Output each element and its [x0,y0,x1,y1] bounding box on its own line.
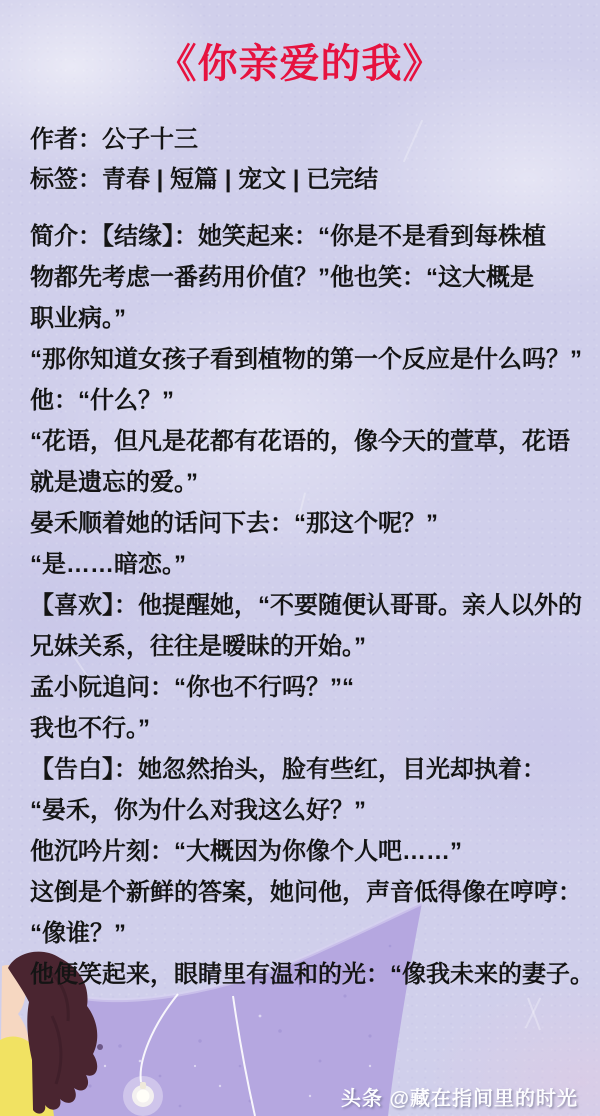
book-meta: 作者：公子十三 标签：青春 | 短篇 | 宠文 | 已完结 [30,120,378,200]
synopsis-line: 他便笑起来，眼睛里有温和的光：“像我未来的妻子。 [30,954,600,995]
synopsis-line: 晏禾顺着她的话问下去：“那这个呢？” [30,503,600,544]
watermark: 头条 @藏在指间里的时光 [341,1082,578,1111]
synopsis-line: 简介：【结缘】：她笑起来：“你是不是看到每株植 [30,216,600,257]
moon-decoration-dot [97,1044,103,1050]
synopsis-line: 【喜欢】：他提醒她，“不要随便认哥哥。亲人以外的 [30,585,600,626]
paper-texture-streak [403,120,424,163]
synopsis-line: “是……暗恋。” [30,544,600,585]
synopsis-line: 【告白】：她忽然抬头，脸有些红，目光却执着： [30,749,600,790]
synopsis-line: 兄妹关系，往往是暧昧的开始。” [30,626,600,667]
synopsis-line: “像谁？” [30,913,600,954]
synopsis-line: 这倒是个新鲜的答案，她问他，声音低得像在哼哼： [30,872,600,913]
synopsis-line: 他：“什么？” [30,380,600,421]
synopsis-line: “那你知道女孩子看到植物的第一个反应是什么吗？” [30,339,600,380]
synopsis-line: “花语，但凡是花都有花语的，像今天的萱草，花语 [30,421,600,462]
paper-texture-streak [528,998,540,1030]
synopsis-line: 物都先考虑一番药用价值？”他也笑：“这大概是 [30,257,600,298]
synopsis-line: 职业病。” [30,298,600,339]
author-line: 作者：公子十三 [30,120,378,160]
book-title: 《你亲爱的我》 [0,40,600,88]
book-recommendation-card: 《你亲爱的我》 作者：公子十三 标签：青春 | 短篇 | 宠文 | 已完结 简介… [0,0,600,1116]
synopsis-line: 孟小阮追问：“你也不行吗？”“ [30,667,600,708]
synopsis-line: “晏禾，你为什么对我这么好？” [30,790,600,831]
light-bulb-icon [123,1076,163,1116]
synopsis-line: 就是遗忘的爱。” [30,462,600,503]
tags-line: 标签：青春 | 短篇 | 宠文 | 已完结 [30,160,378,200]
synopsis-line: 我也不行。” [30,708,600,749]
synopsis: 简介：【结缘】：她笑起来：“你是不是看到每株植 物都先考虑一番药用价值？”他也笑… [30,216,600,995]
synopsis-line: 他沉吟片刻：“大概因为你像个人吧……” [30,831,600,872]
